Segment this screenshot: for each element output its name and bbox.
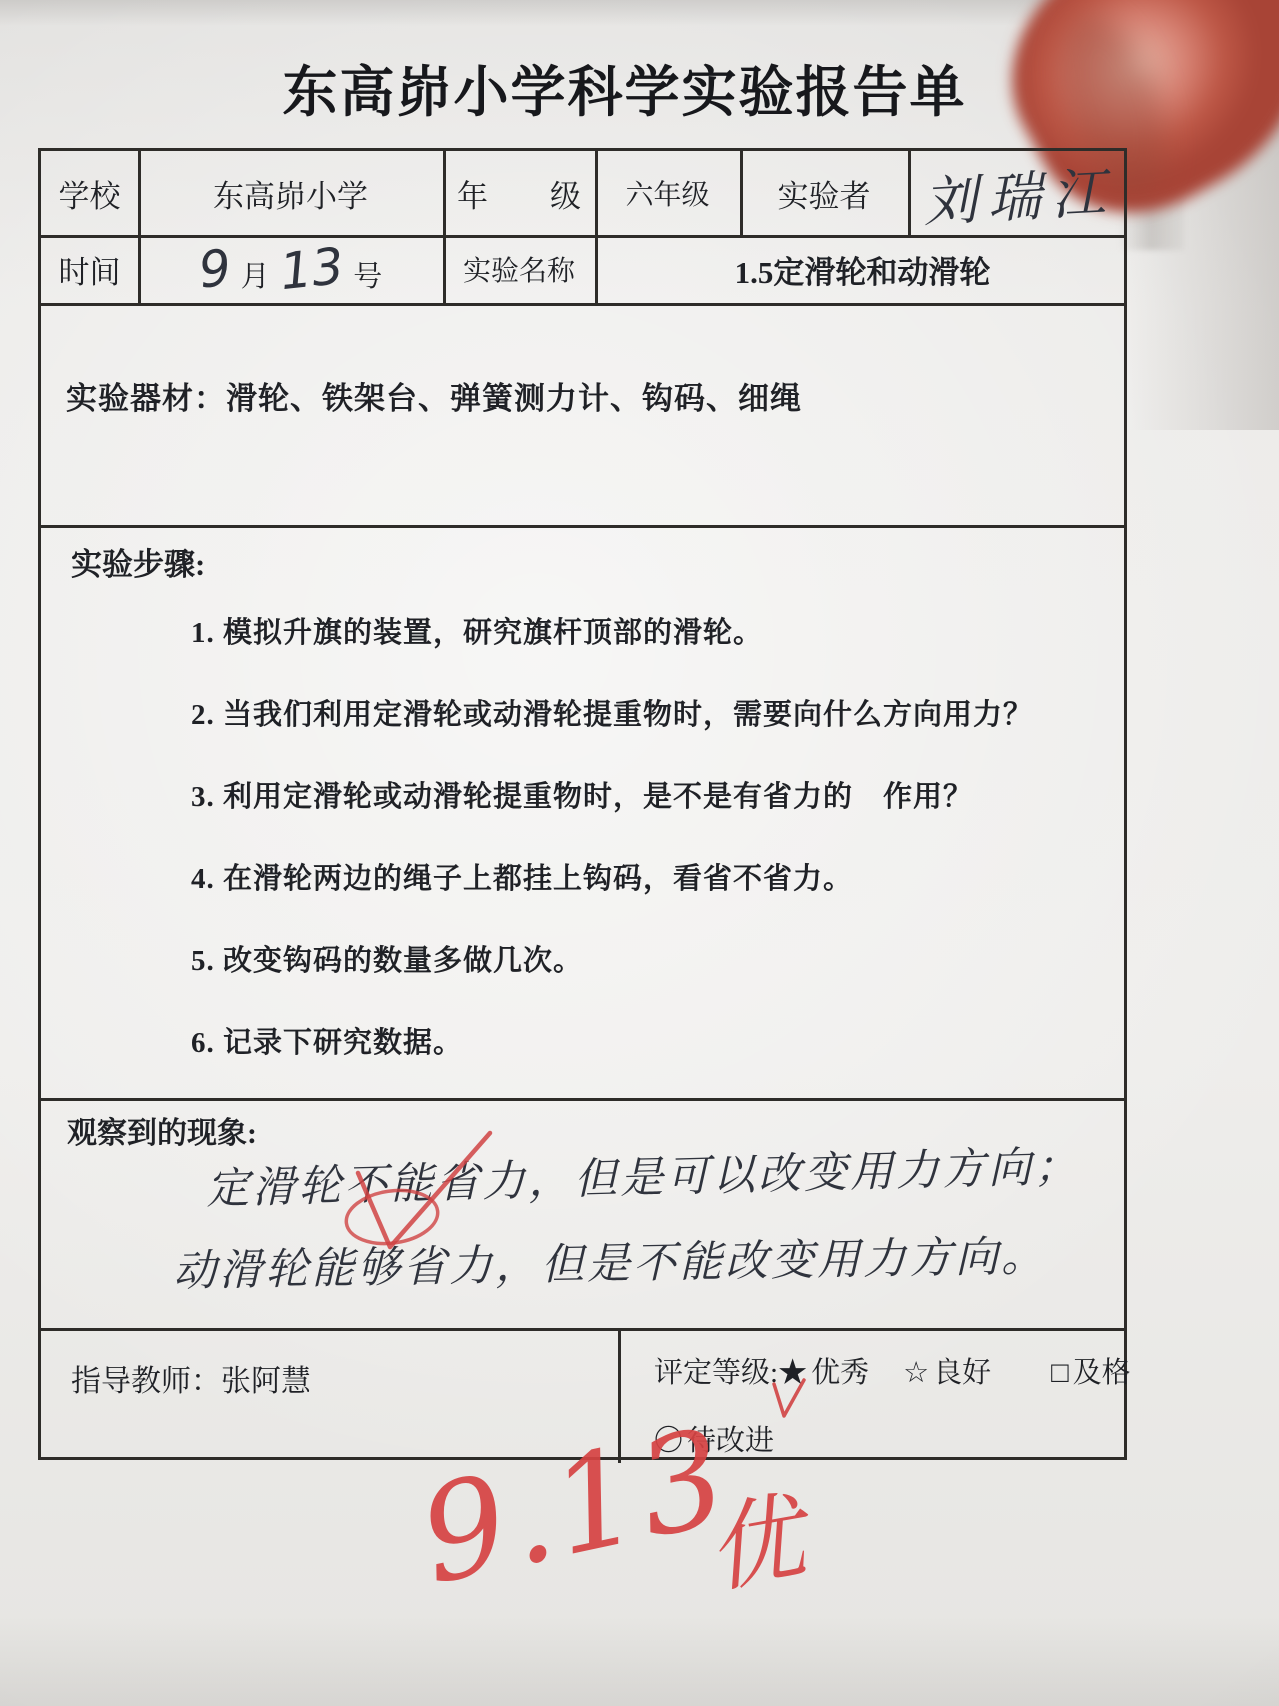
- paper-bottom-shadow: [0, 1616, 1279, 1706]
- rating-label: 评定等级:: [654, 1357, 778, 1389]
- experimenter-signature: 刘瑞江: [908, 151, 1130, 235]
- step-item: 5. 改变钩码的数量多做几次。: [191, 938, 1111, 979]
- page-title: 东高峁小学科学实验报告单: [80, 48, 1169, 127]
- square-outline-icon: □: [1051, 1357, 1069, 1389]
- month-unit: 月: [241, 254, 270, 295]
- step-item: 6. 记录下研究数据。: [191, 1020, 1111, 1061]
- materials-row: 实验器材：滑轮、铁架台、弹簧测力计、钩码、细绳: [41, 303, 1130, 525]
- rating-option-label: 优秀: [811, 1357, 869, 1389]
- grade-value: 六年级: [595, 151, 740, 235]
- experiment-name-label: 实验名称: [443, 235, 595, 303]
- observation-row: 观察到的现象: 定滑轮不能省力，但是可以改变用力方向； 动滑轮能够省力，但是不能…: [41, 1098, 1130, 1328]
- materials-label: 实验器材：: [66, 381, 226, 416]
- rating-option-label: 及格: [1073, 1357, 1131, 1389]
- rating-line1: 评定等级:★优秀☆良好□及格: [654, 1350, 1131, 1391]
- step-item: 2. 当我们利用定滑轮或动滑轮提重物时，需要向什么方向用力？: [191, 692, 1111, 733]
- handwritten-day: 13: [277, 237, 346, 301]
- rating-option-excellent: ★优秀: [778, 1357, 869, 1389]
- star-outline-icon: ☆: [903, 1357, 929, 1389]
- steps-row: 实验步骤: 1. 模拟升旗的装置，研究旗杆顶部的滑轮。 2. 当我们利用定滑轮或…: [41, 525, 1130, 1098]
- experiment-name-value: 1.5定滑轮和动滑轮: [595, 235, 1130, 303]
- report-table: 学校 东高峁小学 年 级 六年级 实验者 刘瑞江 时间 9 月 13 号 实验名…: [38, 148, 1127, 1460]
- teacher-value: 张阿慧: [221, 1365, 311, 1398]
- handwritten-observation-line1: 定滑轮不能省力，但是可以改变用力方向；: [205, 1133, 1080, 1217]
- star-filled-icon: ★: [778, 1357, 807, 1389]
- materials-value: 滑轮、铁架台、弹簧测力计、钩码、细绳: [226, 381, 802, 416]
- school-label: 学校: [41, 151, 138, 235]
- step-item: 4. 在滑轮两边的绳子上都挂上钩码，看省不省力。: [191, 856, 1111, 897]
- handwritten-month: 9: [196, 238, 234, 299]
- step-item: 3. 利用定滑轮或动滑轮提重物时，是不是有省力的 作用？: [191, 774, 1111, 815]
- rating-option-good: ☆良好: [903, 1357, 991, 1389]
- handwritten-date: 9 月 13 号: [199, 240, 382, 298]
- teacher-label: 指导教师：: [71, 1365, 221, 1398]
- photographed-report-sheet: 东高峁小学科学实验报告单 学校 东高峁小学 年 级 六年级 实验者 刘瑞江 时间…: [0, 0, 1279, 1706]
- day-unit: 号: [353, 254, 382, 295]
- experimenter-label: 实验者: [740, 151, 908, 235]
- time-value: 9 月 13 号: [138, 235, 443, 303]
- materials-line: 实验器材：滑轮、铁架台、弹簧测力计、钩码、细绳: [66, 373, 802, 418]
- handwritten-name: 刘瑞江: [921, 150, 1117, 237]
- rating-option-label: 良好: [933, 1357, 991, 1389]
- rating-option-pass: □及格: [1051, 1357, 1131, 1389]
- red-handwritten-grade: 优: [695, 1461, 813, 1613]
- time-label: 时间: [41, 235, 138, 303]
- grade-label: 年 级: [443, 151, 595, 235]
- step-item: 1. 模拟升旗的装置，研究旗杆顶部的滑轮。: [191, 610, 1111, 651]
- teacher-line: 指导教师：张阿慧: [71, 1356, 311, 1400]
- observation-label: 观察到的现象:: [67, 1108, 257, 1152]
- steps-label: 实验步骤:: [71, 539, 205, 584]
- handwritten-observation-line2: 动滑轮能够省力，但是不能改变用力方向。: [173, 1222, 1048, 1298]
- school-value: 东高峁小学: [138, 151, 443, 235]
- steps-list: 1. 模拟升旗的装置，研究旗杆顶部的滑轮。 2. 当我们利用定滑轮或动滑轮提重物…: [191, 610, 1111, 1102]
